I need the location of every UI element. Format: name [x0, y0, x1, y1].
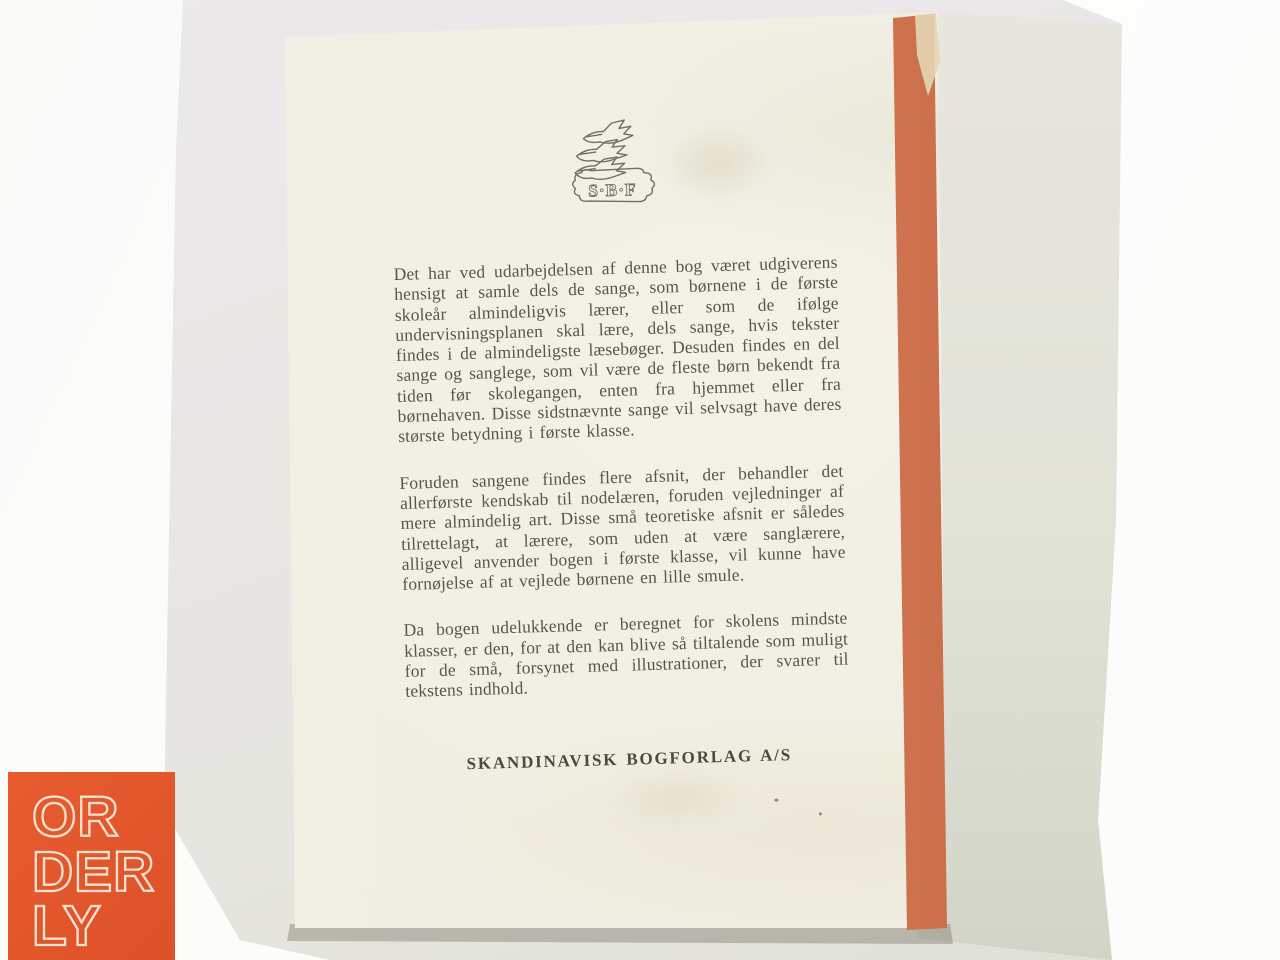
watermark-letters: OR DER LY	[8, 772, 175, 960]
paragraph: Foruden sangene findes flere afsnit, der…	[399, 460, 846, 594]
stain	[606, 766, 748, 830]
speck	[774, 799, 778, 802]
back-cover-text: Det har ved udarbejdelsen af denne bog v…	[393, 252, 851, 776]
back-cover-print: S·B·F Det har ved udarbejdelsen af denne…	[285, 19, 964, 929]
emblem-monogram: S·B·F	[588, 179, 637, 200]
watermark-line: LY	[32, 894, 102, 958]
publisher-emblem: S·B·F	[564, 111, 659, 210]
orderly-watermark: OR DER LY	[8, 772, 175, 960]
speck	[819, 812, 822, 815]
stain	[660, 123, 774, 204]
paragraph: Det har ved udarbejdelsen af denne bog v…	[393, 252, 842, 447]
paragraph: Da bogen udelukkende er beregnet for sko…	[403, 608, 849, 702]
publisher-imprint-line: SKANDINAVISK BOGFORLAG A/S	[407, 743, 851, 776]
